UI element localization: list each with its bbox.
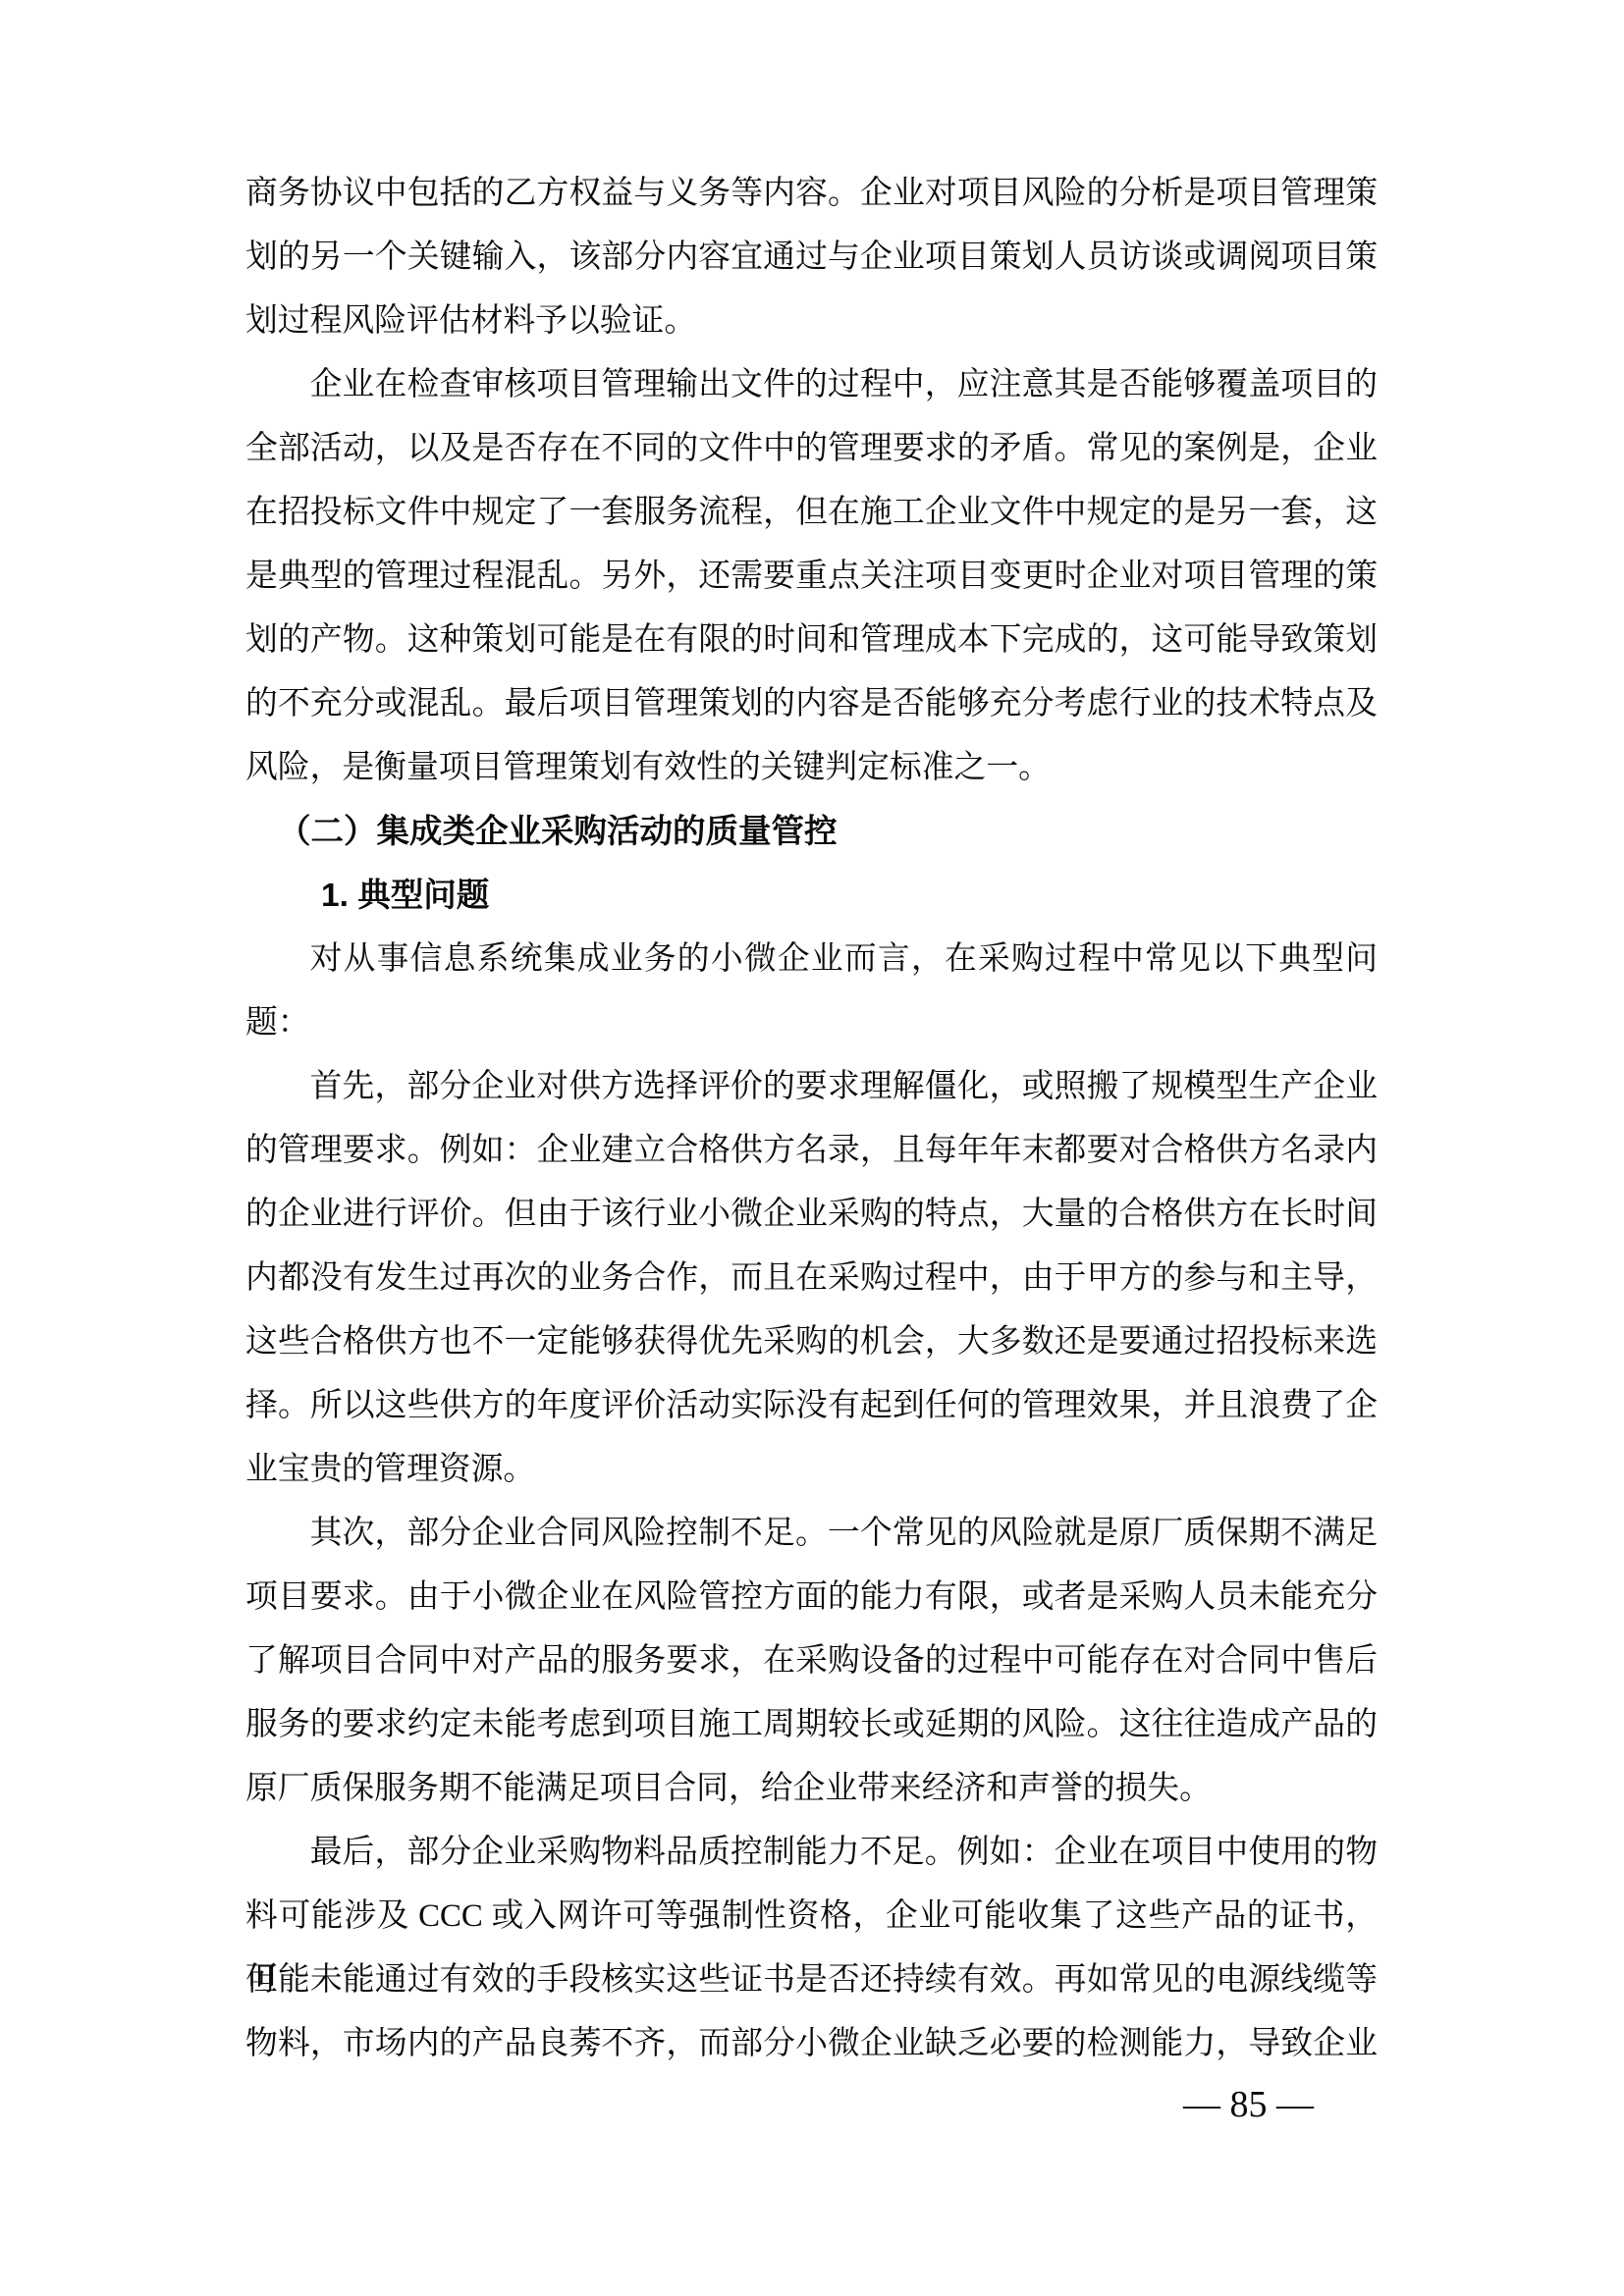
text-line: 了解项目合同中对产品的服务要求，在采购设备的过程中可能存在对合同中售后 [245, 1629, 1378, 1693]
paragraph: 其次，部分企业合同风险控制不足。一个常见的风险就是原厂质保期不满足项目要求。由于… [245, 1502, 1378, 1821]
paragraph: 最后，部分企业采购物料品质控制能力不足。例如：企业在项目中使用的物料可能涉及 C… [245, 1821, 1378, 2076]
text-line: 择。所以这些供方的年度评价活动实际没有起到任何的管理效果，并且浪费了企 [245, 1374, 1378, 1438]
text-line: 项目要求。由于小微企业在风险管控方面的能力有限，或者是采购人员未能充分 [245, 1566, 1378, 1629]
text-line: 风险，是衡量项目管理策划有效性的关键判定标准之一。 [245, 736, 1378, 800]
text-line: 这些合格供方也不一定能够获得优先采购的机会，大多数还是要通过招投标来选 [245, 1310, 1378, 1374]
text-line: 划过程风险评估材料予以验证。 [245, 290, 1378, 353]
text-line: 在招投标文件中规定了一套服务流程，但在施工企业文件中规定的是另一套，这 [245, 481, 1378, 545]
text-line: 是典型的管理过程混乱。另外，还需要重点关注项目变更时企业对项目管理的策 [245, 545, 1378, 609]
text-line: 最后，部分企业采购物料品质控制能力不足。例如：企业在项目中使用的物 [245, 1821, 1378, 1885]
text-line: 对从事信息系统集成业务的小微企业而言，在采购过程中常见以下典型问 [245, 928, 1378, 991]
page-body: 商务协议中包括的乙方权益与义务等内容。企业对项目风险的分析是项目管理策划的另一个… [245, 162, 1378, 2076]
text-line: 料可能涉及 CCC 或入网许可等强制性资格，企业可能收集了这些产品的证书，但 [245, 1885, 1378, 1949]
paragraph: 商务协议中包括的乙方权益与义务等内容。企业对项目风险的分析是项目管理策划的另一个… [245, 162, 1378, 353]
text-line: 的管理要求。例如：企业建立合格供方名录，且每年年末都要对合格供方名录内 [245, 1119, 1378, 1183]
text-line: 划的产物。这种策划可能是在有限的时间和管理成本下完成的，这可能导致策划 [245, 609, 1378, 672]
text-line: 原厂质保服务期不能满足项目合同，给企业带来经济和声誉的损失。 [245, 1757, 1378, 1821]
text-line: 服务的要求约定未能考虑到项目施工周期较长或延期的风险。这往往造成产品的 [245, 1693, 1378, 1757]
text-line: 题： [245, 991, 1378, 1055]
text-line: 其次，部分企业合同风险控制不足。一个常见的风险就是原厂质保期不满足 [245, 1502, 1378, 1566]
text-line: 划的另一个关键输入，该部分内容宜通过与企业项目策划人员访谈或调阅项目策 [245, 226, 1378, 290]
subsection-heading: 1. 典型问题 [245, 864, 1378, 928]
text-line: 的不充分或混乱。最后项目管理策划的内容是否能够充分考虑行业的技术特点及 [245, 672, 1378, 736]
document-page: 商务协议中包括的乙方权益与义务等内容。企业对项目风险的分析是项目管理策划的另一个… [0, 0, 1624, 2296]
text-line: 首先，部分企业对供方选择评价的要求理解僵化，或照搬了规模型生产企业 [245, 1055, 1378, 1119]
section-heading: （二）集成类企业采购活动的质量管控 [245, 800, 1378, 864]
paragraph: 对从事信息系统集成业务的小微企业而言，在采购过程中常见以下典型问题： [245, 928, 1378, 1055]
text-line: 企业在检查审核项目管理输出文件的过程中，应注意其是否能够覆盖项目的 [245, 353, 1378, 417]
page-number-label: — 85 — [1183, 2084, 1314, 2125]
text-line: 业宝贵的管理资源。 [245, 1438, 1378, 1502]
text-line: 可能未能通过有效的手段核实这些证书是否还持续有效。再如常见的电源线缆等 [245, 1949, 1378, 2012]
text-line: 全部活动，以及是否存在不同的文件中的管理要求的矛盾。常见的案例是，企业 [245, 417, 1378, 481]
page-number: — 85 — [1183, 2083, 1314, 2126]
paragraph: 首先，部分企业对供方选择评价的要求理解僵化，或照搬了规模型生产企业的管理要求。例… [245, 1055, 1378, 1502]
paragraph: 企业在检查审核项目管理输出文件的过程中，应注意其是否能够覆盖项目的全部活动，以及… [245, 353, 1378, 800]
text-line: 的企业进行评价。但由于该行业小微企业采购的特点，大量的合格供方在长时间 [245, 1183, 1378, 1247]
text-line: 物料，市场内的产品良莠不齐，而部分小微企业缺乏必要的检测能力，导致企业 [245, 2012, 1378, 2076]
text-line: 商务协议中包括的乙方权益与义务等内容。企业对项目风险的分析是项目管理策 [245, 162, 1378, 226]
text-line: 内都没有发生过再次的业务合作，而且在采购过程中，由于甲方的参与和主导， [245, 1247, 1378, 1310]
